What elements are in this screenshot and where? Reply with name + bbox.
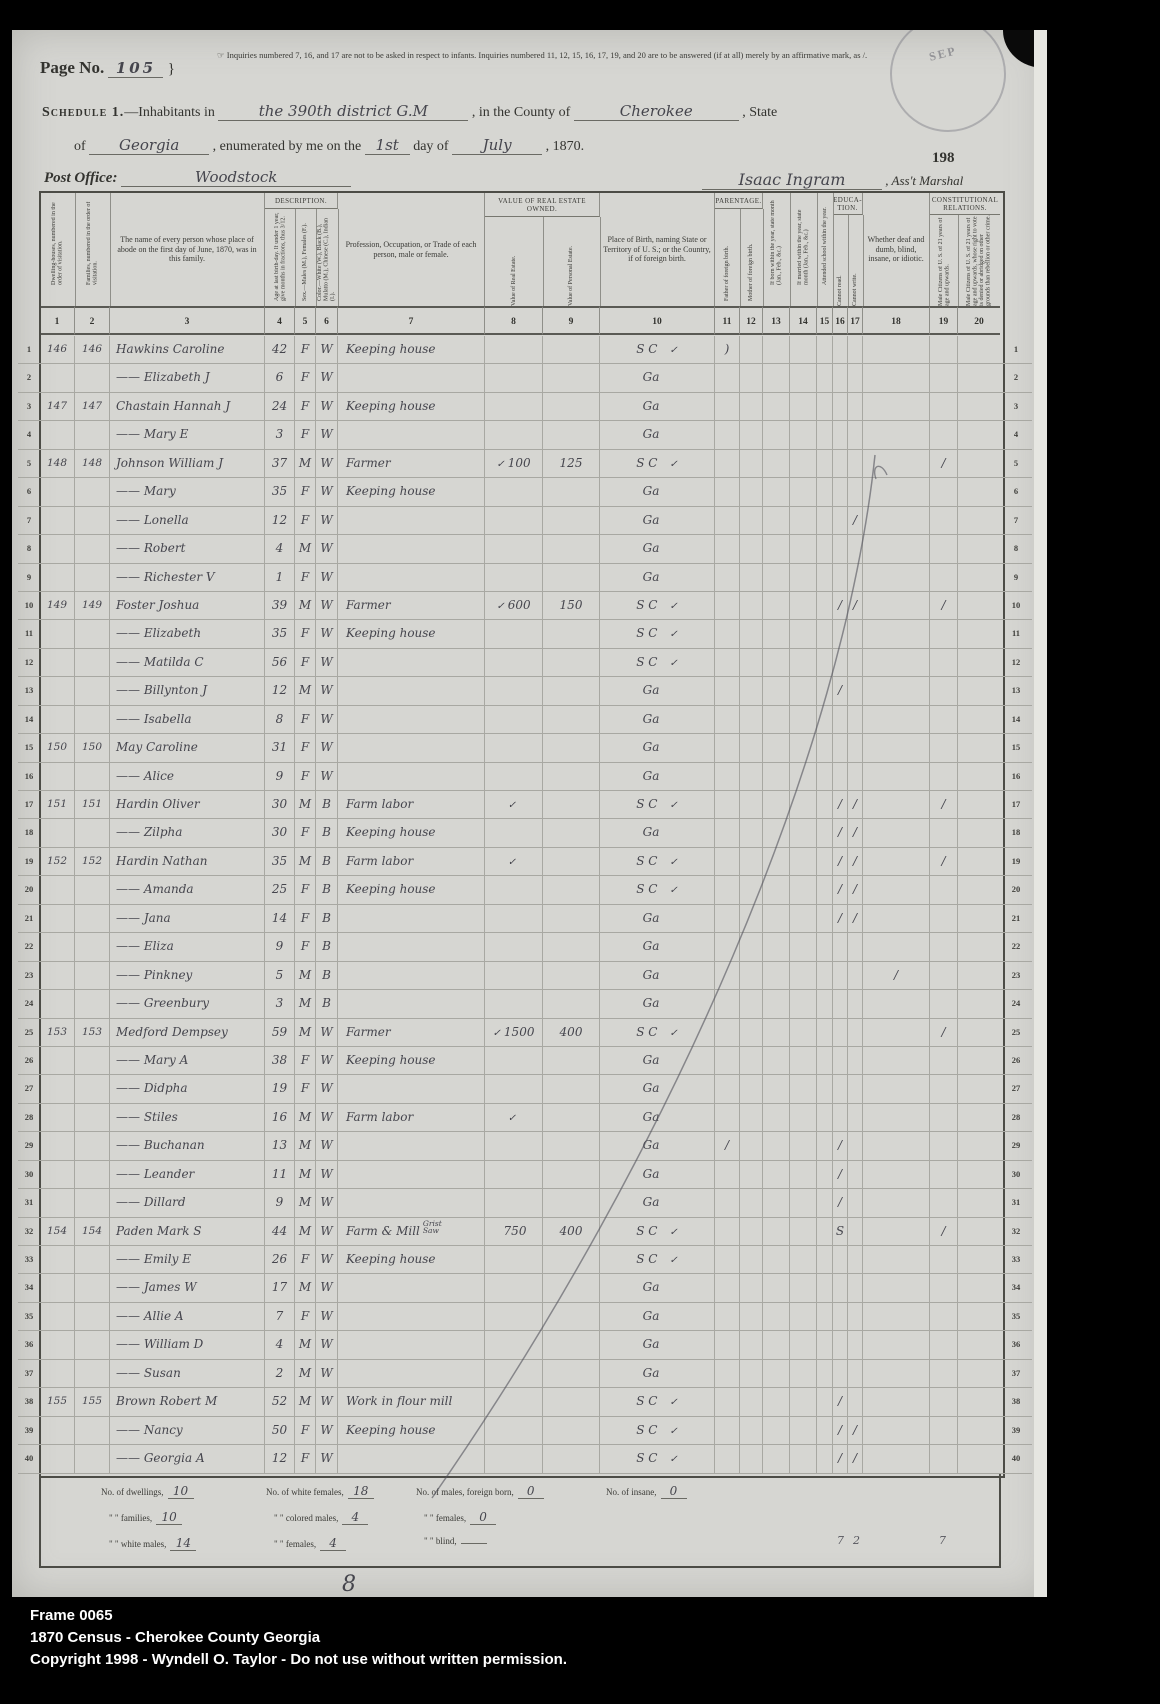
birthplace-cell: S C✓ <box>600 1445 715 1473</box>
row-number-right: 33 <box>1000 1246 1032 1274</box>
color-cell: W <box>316 649 338 677</box>
tick-cell-19 <box>930 364 958 392</box>
row-number-left: 16 <box>18 763 40 791</box>
col-header-12: Mother of foreign birth. <box>740 209 764 306</box>
personal-estate-value-cell <box>543 962 600 990</box>
tick-cell-13 <box>763 1189 790 1217</box>
tick-cell-12 <box>740 620 763 648</box>
real-estate-value-cell: 750 <box>485 1218 543 1246</box>
sex-cell: M <box>295 1331 316 1359</box>
tick-cell-11 <box>715 962 740 990</box>
real-estate-value-cell <box>485 905 543 933</box>
tick-cell-19: / <box>930 1218 958 1246</box>
row-number-right: 11 <box>1000 620 1032 648</box>
personal-estate-value-cell <box>543 1360 600 1388</box>
occupation-cell <box>338 421 485 449</box>
schedule-label: Schedule 1. <box>42 105 124 120</box>
tick-cell-18 <box>863 393 930 421</box>
dwelling-number-cell: 149 <box>40 592 75 620</box>
color-cell: W <box>316 677 338 705</box>
family-number-cell <box>75 507 110 535</box>
row-number-left: 37 <box>18 1360 40 1388</box>
tick-cell-19 <box>930 677 958 705</box>
family-number-cell <box>75 1445 110 1473</box>
real-estate-value-cell <box>485 1274 543 1302</box>
birthplace-cell: Ga <box>600 421 715 449</box>
tick-cell-11 <box>715 421 740 449</box>
row-number-left: 9 <box>18 564 40 592</box>
table-row: 28 —— Stiles 16 M W Farm labor ✓ Ga 28 <box>18 1104 1032 1132</box>
col-number-14: 14 <box>790 306 817 335</box>
personal-estate-value-cell <box>543 706 600 734</box>
tick-cell-20 <box>958 848 1000 876</box>
name-cell: —— James W <box>110 1274 265 1302</box>
tick-cell-15 <box>817 1161 833 1189</box>
tick-cell-18 <box>863 1331 930 1359</box>
row-number-left: 12 <box>18 649 40 677</box>
tick-cell-18: / <box>863 962 930 990</box>
tick-cell-19 <box>930 990 958 1018</box>
age-cell: 19 <box>265 1075 295 1103</box>
tick-cell-14 <box>790 1388 817 1416</box>
sex-cell: F <box>295 478 316 506</box>
row-number-right: 12 <box>1000 649 1032 677</box>
tick-cell-13 <box>763 507 790 535</box>
real-estate-value-cell: ✓1500 <box>485 1019 543 1047</box>
col-number-5: 5 <box>295 306 316 335</box>
personal-estate-value-cell <box>543 1075 600 1103</box>
tick-cell-15 <box>817 620 833 648</box>
family-number-cell <box>75 706 110 734</box>
birthplace-cell: Ga <box>600 478 715 506</box>
tick-cell-18 <box>863 1104 930 1132</box>
birthplace-cell: Ga <box>600 933 715 961</box>
dwelling-number-cell <box>40 421 75 449</box>
dwelling-number-cell: 151 <box>40 791 75 819</box>
age-cell: 30 <box>265 819 295 847</box>
tick-cell-18 <box>863 450 930 478</box>
age-cell: 5 <box>265 962 295 990</box>
row-number-right: 18 <box>1000 819 1032 847</box>
sex-cell: M <box>295 1104 316 1132</box>
tick-cell-17 <box>848 1246 863 1274</box>
sex-cell: F <box>295 364 316 392</box>
tick-cell-13 <box>763 990 790 1018</box>
row-number-left: 13 <box>18 677 40 705</box>
birthplace-cell: Ga <box>600 393 715 421</box>
tick-cell-19 <box>930 1075 958 1103</box>
tick-cell-17 <box>848 620 863 648</box>
tick-cell-20 <box>958 677 1000 705</box>
tick-cell-17: / <box>848 507 863 535</box>
occupation-cell: Farm & MillGrist Saw <box>338 1218 485 1246</box>
birthplace-cell: S C✓ <box>600 876 715 904</box>
table-row: 3 147 147 Chastain Hannah J 24 F W Keepi… <box>18 393 1032 421</box>
personal-estate-value-cell <box>543 677 600 705</box>
row-number-right: 9 <box>1000 564 1032 592</box>
tick-cell-17 <box>848 1047 863 1075</box>
col-number-18: 18 <box>863 306 930 335</box>
color-cell: B <box>316 990 338 1018</box>
age-cell: 3 <box>265 990 295 1018</box>
tick-cell-18 <box>863 1388 930 1416</box>
table-row: 2 —— Elizabeth J 6 F W Ga 2 <box>18 364 1032 392</box>
tick-cell-18 <box>863 1161 930 1189</box>
tick-cell-18 <box>863 1019 930 1047</box>
tick-cell-11 <box>715 848 740 876</box>
tick-cell-18 <box>863 876 930 904</box>
birthplace-cell: S C✓ <box>600 1417 715 1445</box>
age-cell: 2 <box>265 1360 295 1388</box>
real-estate-value-cell <box>485 1303 543 1331</box>
dwelling-number-cell: 152 <box>40 848 75 876</box>
tick-cell-19 <box>930 421 958 449</box>
tick-cell-16 <box>833 706 848 734</box>
tick-cell-11 <box>715 1303 740 1331</box>
row-number-left: 40 <box>18 1445 40 1473</box>
tick-cell-20 <box>958 620 1000 648</box>
age-cell: 25 <box>265 876 295 904</box>
tick-cell-19 <box>930 734 958 762</box>
tick-cell-15 <box>817 1189 833 1217</box>
color-cell: W <box>316 1303 338 1331</box>
real-estate-value-cell <box>485 564 543 592</box>
county-value: Cherokee <box>574 102 739 121</box>
dwelling-number-cell <box>40 620 75 648</box>
tick-cell-11 <box>715 763 740 791</box>
family-number-cell: 147 <box>75 393 110 421</box>
tick-cell-16: / <box>833 848 848 876</box>
tick-cell-12 <box>740 1218 763 1246</box>
tick-cell-15 <box>817 763 833 791</box>
dwelling-number-cell <box>40 819 75 847</box>
personal-estate-value-cell <box>543 1388 600 1416</box>
row-number-left: 21 <box>18 905 40 933</box>
sex-cell: F <box>295 564 316 592</box>
row-number-right: 16 <box>1000 763 1032 791</box>
tick-cell-18 <box>863 336 930 364</box>
birthplace-cell: Ga <box>600 507 715 535</box>
occupation-cell <box>338 649 485 677</box>
tick-cell-19: / <box>930 848 958 876</box>
occupation-cell: Keeping house <box>338 478 485 506</box>
family-number-cell <box>75 649 110 677</box>
tick-cell-20 <box>958 1104 1000 1132</box>
tick-cell-13 <box>763 1274 790 1302</box>
tick-cell-12 <box>740 1019 763 1047</box>
dwelling-number-cell <box>40 1246 75 1274</box>
name-cell: —— Leander <box>110 1161 265 1189</box>
tick-cell-19 <box>930 564 958 592</box>
name-cell: —— Allie A <box>110 1303 265 1331</box>
tick-cell-12 <box>740 1303 763 1331</box>
table-row: 8 —— Robert 4 M W Ga 8 <box>18 535 1032 563</box>
age-cell: 35 <box>265 478 295 506</box>
row-number-right: 35 <box>1000 1303 1032 1331</box>
family-number-cell: 154 <box>75 1218 110 1246</box>
table-row: 37 —— Susan 2 M W Ga 37 <box>18 1360 1032 1388</box>
tick-cell-16: / <box>833 1189 848 1217</box>
sex-cell: F <box>295 336 316 364</box>
row-number-right: 14 <box>1000 706 1032 734</box>
birthplace-cell: S C✓ <box>600 1019 715 1047</box>
occupation-cell <box>338 962 485 990</box>
tick-cell-18 <box>863 677 930 705</box>
tick-cell-13 <box>763 564 790 592</box>
tick-cell-18 <box>863 763 930 791</box>
dwelling-number-cell <box>40 1417 75 1445</box>
tick-cell-13 <box>763 1075 790 1103</box>
tick-cell-11 <box>715 1047 740 1075</box>
tick-cell-17 <box>848 1161 863 1189</box>
row-number-left: 5 <box>18 450 40 478</box>
color-cell: W <box>316 507 338 535</box>
tick-cell-11 <box>715 364 740 392</box>
row-number-left: 36 <box>18 1331 40 1359</box>
sex-cell: F <box>295 905 316 933</box>
tick-cell-12 <box>740 706 763 734</box>
tick-cell-16 <box>833 450 848 478</box>
birthplace-cell: S C✓ <box>600 1246 715 1274</box>
col-number-10: 10 <box>600 306 715 335</box>
col-header-11: Father of foreign birth. <box>715 209 741 306</box>
row-number-left: 7 <box>18 507 40 535</box>
family-number-cell <box>75 1189 110 1217</box>
col-header-9: Value of Personal Estate. <box>543 217 601 306</box>
color-cell: W <box>316 1075 338 1103</box>
tick-cell-12 <box>740 649 763 677</box>
check-mark: ✓ <box>508 800 516 811</box>
tick-cell-19 <box>930 535 958 563</box>
tick-cell-15 <box>817 1417 833 1445</box>
tick-cell-18 <box>863 1218 930 1246</box>
tick-cell-11 <box>715 535 740 563</box>
table-row: 40 —— Georgia A 12 F W S C✓ / / 40 <box>18 1445 1032 1473</box>
personal-estate-value-cell: 150 <box>543 592 600 620</box>
personal-estate-value-cell <box>543 336 600 364</box>
tick-cell-16 <box>833 1303 848 1331</box>
col-header-16: Cannot read. <box>833 215 849 306</box>
col-header-8: Value of Real Estate. <box>485 217 544 306</box>
tick-cell-20 <box>958 564 1000 592</box>
color-cell: W <box>316 1417 338 1445</box>
col-number-1: 1 <box>40 306 75 335</box>
tick-cell-15 <box>817 1445 833 1473</box>
birthplace-cell: S C✓ <box>600 848 715 876</box>
real-estate-value-cell <box>485 933 543 961</box>
age-cell: 50 <box>265 1417 295 1445</box>
sex-cell: M <box>295 677 316 705</box>
age-cell: 44 <box>265 1218 295 1246</box>
page-number-right: 198 <box>932 150 955 167</box>
tick-cell-17 <box>848 1019 863 1047</box>
sex-cell: F <box>295 507 316 535</box>
color-cell: B <box>316 876 338 904</box>
birthplace-cell: Ga <box>600 1274 715 1302</box>
sex-cell: F <box>295 393 316 421</box>
color-cell: W <box>316 1218 338 1246</box>
name-cell: Chastain Hannah J <box>110 393 265 421</box>
tick-cell-12 <box>740 1189 763 1217</box>
table-row: 15 150 150 May Caroline 31 F W Ga 15 <box>18 734 1032 762</box>
personal-estate-value-cell <box>543 905 600 933</box>
tick-cell-17 <box>848 734 863 762</box>
day-value: 1st <box>365 136 410 155</box>
tick-cell-17 <box>848 962 863 990</box>
color-cell: W <box>316 1388 338 1416</box>
age-cell: 56 <box>265 649 295 677</box>
table-row: 14 —— Isabella 8 F W Ga 14 <box>18 706 1032 734</box>
tick-cell-13 <box>763 450 790 478</box>
sex-cell: M <box>295 1388 316 1416</box>
tick-cell-14 <box>790 1047 817 1075</box>
col-header-14: If married within the year, state month … <box>790 193 818 306</box>
tick-cell-19 <box>930 620 958 648</box>
color-cell: W <box>316 1104 338 1132</box>
personal-estate-value-cell <box>543 1047 600 1075</box>
tick-cell-16 <box>833 1104 848 1132</box>
insane-total: 0 <box>661 1484 687 1499</box>
column19-total-mark: 7 <box>939 1534 946 1547</box>
tick-cell-14 <box>790 421 817 449</box>
tick-cell-15 <box>817 393 833 421</box>
occupation-cell <box>338 535 485 563</box>
table-row: 19 152 152 Hardin Nathan 35 M B Farm lab… <box>18 848 1032 876</box>
row-number-right: 40 <box>1000 1445 1032 1473</box>
tick-cell-15 <box>817 1132 833 1160</box>
tick-cell-13 <box>763 905 790 933</box>
real-estate-value-cell <box>485 1417 543 1445</box>
tick-cell-12 <box>740 507 763 535</box>
tick-cell-12 <box>740 876 763 904</box>
sex-cell: M <box>295 791 316 819</box>
tick-cell-20 <box>958 535 1000 563</box>
family-number-cell <box>75 1417 110 1445</box>
real-estate-value-cell <box>485 734 543 762</box>
dwelling-number-cell <box>40 1189 75 1217</box>
color-cell: W <box>316 1019 338 1047</box>
tick-cell-19 <box>930 905 958 933</box>
flourish-mark: ✓ <box>669 459 677 470</box>
row-number-left: 11 <box>18 620 40 648</box>
occupation-cell: Keeping house <box>338 1417 485 1445</box>
occupation-cell <box>338 364 485 392</box>
row-number-right: 20 <box>1000 876 1032 904</box>
occupation-cell <box>338 1189 485 1217</box>
row-number-right: 29 <box>1000 1132 1032 1160</box>
tick-cell-12 <box>740 791 763 819</box>
age-cell: 39 <box>265 592 295 620</box>
tick-cell-13 <box>763 876 790 904</box>
page-number-line: Page No. 105 } <box>40 58 175 78</box>
tick-cell-20 <box>958 905 1000 933</box>
table-row: 30 —— Leander 11 M W Ga / 30 <box>18 1161 1032 1189</box>
tick-cell-13 <box>763 1445 790 1473</box>
age-cell: 38 <box>265 1047 295 1075</box>
row-number-right: 39 <box>1000 1417 1032 1445</box>
tick-cell-17 <box>848 677 863 705</box>
tick-cell-12 <box>740 1360 763 1388</box>
tick-cell-14 <box>790 848 817 876</box>
tick-cell-18 <box>863 1132 930 1160</box>
row-number-left: 4 <box>18 421 40 449</box>
tick-cell-13 <box>763 706 790 734</box>
personal-estate-value-cell <box>543 649 600 677</box>
dwelling-number-cell: 153 <box>40 1019 75 1047</box>
personal-estate-value-cell <box>543 734 600 762</box>
tick-cell-11 <box>715 649 740 677</box>
personal-estate-value-cell <box>543 1161 600 1189</box>
tick-cell-15 <box>817 1104 833 1132</box>
tick-cell-20 <box>958 1274 1000 1302</box>
birthplace-cell: Ga <box>600 819 715 847</box>
real-estate-value-cell <box>485 763 543 791</box>
tick-cell-15 <box>817 1331 833 1359</box>
color-cell: B <box>316 962 338 990</box>
name-cell: Brown Robert M <box>110 1388 265 1416</box>
real-estate-value-cell <box>485 1075 543 1103</box>
col-header-20: Male Citizens of U. S. of 21 years of ag… <box>958 215 1000 306</box>
tick-cell-15 <box>817 876 833 904</box>
age-cell: 9 <box>265 763 295 791</box>
sex-cell: M <box>295 1360 316 1388</box>
table-row: 34 —— James W 17 M W Ga 34 <box>18 1274 1032 1302</box>
col-number-4: 4 <box>265 306 295 335</box>
tick-cell-19 <box>930 962 958 990</box>
county-label: , in the County of <box>472 105 570 120</box>
tick-cell-16 <box>833 507 848 535</box>
personal-estate-value-cell <box>543 507 600 535</box>
row-number-left: 28 <box>18 1104 40 1132</box>
birthplace-cell: S C✓ <box>600 620 715 648</box>
birthplace-cell: Ga <box>600 706 715 734</box>
tick-cell-17 <box>848 336 863 364</box>
tick-cell-12 <box>740 1047 763 1075</box>
real-estate-value-cell <box>485 677 543 705</box>
group-value-owned: Value of Real Estate owned. <box>485 193 600 217</box>
tick-cell-15 <box>817 1303 833 1331</box>
name-cell: —— Alice <box>110 763 265 791</box>
personal-estate-value-cell <box>543 1417 600 1445</box>
year-label: , 1870. <box>546 139 585 154</box>
tick-cell-12 <box>740 848 763 876</box>
color-cell: W <box>316 620 338 648</box>
dwelling-number-cell: 148 <box>40 450 75 478</box>
tick-cell-14 <box>790 1303 817 1331</box>
tick-cell-16: / <box>833 1445 848 1473</box>
table-row: 5 148 148 Johnson William J 37 M W Farme… <box>18 450 1032 478</box>
handwritten-page-mark: 8 <box>342 1572 356 1597</box>
color-cell: W <box>316 450 338 478</box>
real-estate-value-cell: ✓100 <box>485 450 543 478</box>
foreign-born-males-total: 0 <box>518 1484 544 1499</box>
occupation-cell: Farmer <box>338 592 485 620</box>
tick-cell-13 <box>763 1388 790 1416</box>
col-header-5: Sex.—Males (M.), Females (F.). <box>295 209 317 306</box>
tick-cell-14 <box>790 1274 817 1302</box>
personal-estate-value-cell <box>543 848 600 876</box>
tick-cell-16: / <box>833 1132 848 1160</box>
table-row: 20 —— Amanda 25 F B Keeping house S C✓ /… <box>18 876 1032 904</box>
tick-cell-20 <box>958 876 1000 904</box>
tick-cell-12 <box>740 393 763 421</box>
row-number-left: 6 <box>18 478 40 506</box>
tick-cell-12 <box>740 1075 763 1103</box>
tick-cell-18 <box>863 507 930 535</box>
tick-cell-17 <box>848 763 863 791</box>
tick-cell-17 <box>848 535 863 563</box>
sex-cell: M <box>295 990 316 1018</box>
